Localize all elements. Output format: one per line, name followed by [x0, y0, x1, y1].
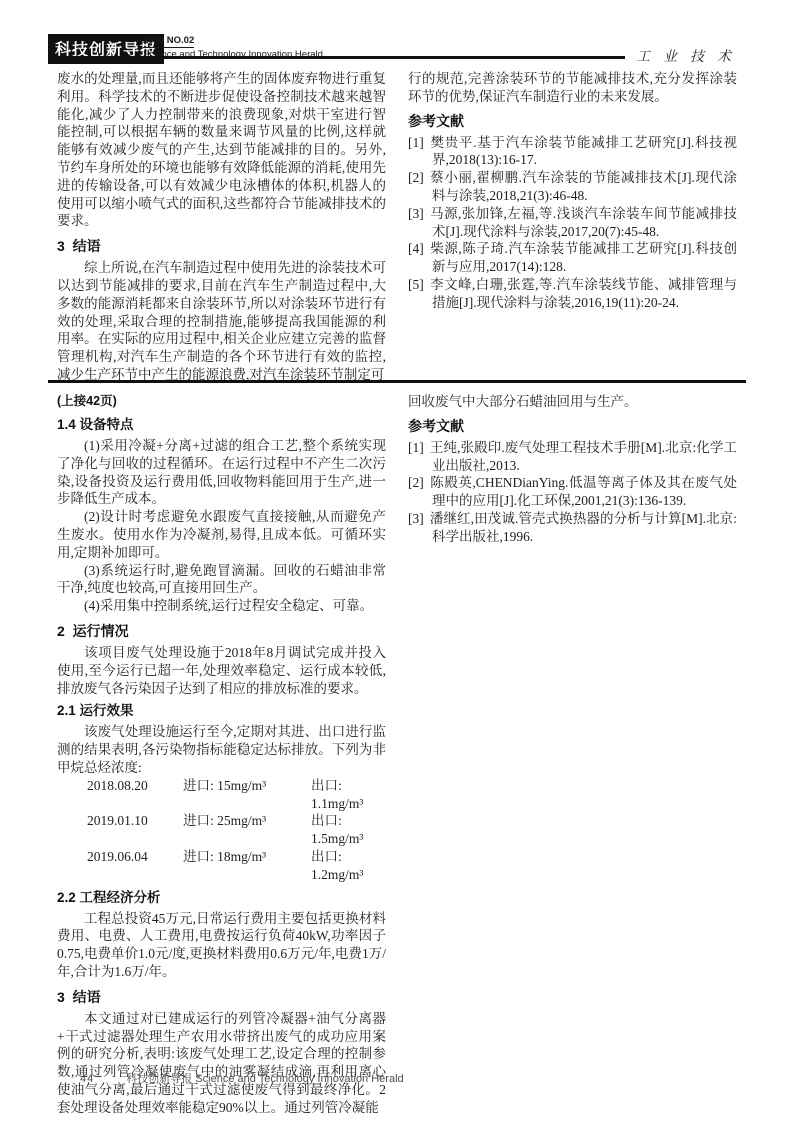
- measurement-inlet: 进口: 25mg/m³: [183, 812, 311, 848]
- measurement-row: 2019.01.10 进口: 25mg/m³ 出口: 1.5mg/m³: [57, 812, 386, 848]
- reference-text: 潘继红,田茂诚.管壳式换热器的分析与计算[M].北京:科学出版社,1996.: [430, 511, 737, 544]
- section-label: 工业技术: [636, 46, 744, 66]
- measurement-row: 2018.08.20 进口: 15mg/m³ 出口: 1.1mg/m³: [57, 777, 386, 813]
- reference-text: 樊贵平.基于汽车涂装节能减排工艺研究[J].科技视界,2018(13):16-1…: [430, 135, 737, 168]
- paragraph: (3)系统运行时,避免跑冒滴漏。回收的石蜡油非常干净,纯度也较高,可直接用回生产…: [57, 562, 386, 598]
- article-divider-rule: [48, 380, 746, 383]
- reference-marker: [1]: [408, 135, 424, 150]
- issue-number: 2020 NO.02: [143, 35, 194, 48]
- reference-marker: [2]: [408, 170, 424, 185]
- article2-columns: (上接42页) 1.4 设备特点 (1)采用冷凝+分离+过滤的组合工艺,整个系统…: [57, 393, 737, 1117]
- reference-marker: [3]: [408, 511, 424, 526]
- article2-right-column: 回收废气中大部分石蜡油回用与生产。 参考文献 [1]王纯,张殿印.废气处理工程技…: [408, 393, 737, 1117]
- reference-text: 陈殿英,CHENDianYing.低温等离子体及其在废气处理中的应用[J].化工…: [430, 475, 737, 508]
- measurement-outlet: 出口: 1.2mg/m³: [311, 848, 386, 884]
- paragraph: 工程总投资45万元,日常运行费用主要包括更换材料费用、电费、人工费用,电费按运行…: [57, 910, 386, 981]
- heading-references-1: 参考文献: [408, 112, 737, 130]
- heading-conclusion-1: 3 结语: [57, 237, 386, 255]
- reference-text: 李文峰,白珊,张霆,等.汽车涂装线节能、减排管理与措施[J].现代涂料与涂装,2…: [430, 277, 737, 310]
- reference-text: 王纯,张殿印.废气处理工程技术手册[M].北京:化学工业出版社,2013.: [430, 440, 737, 473]
- reference-marker: [1]: [408, 440, 424, 455]
- reference-item: [2]蔡小丽,翟柳鹏.汽车涂装的节能减排技术[J].现代涂料与涂装,2018,2…: [408, 169, 737, 205]
- heading-1-4: 1.4 设备特点: [57, 416, 386, 434]
- measurement-outlet: 出口: 1.1mg/m³: [311, 777, 386, 813]
- page-number: 44: [80, 1073, 94, 1085]
- paragraph: 行的规范,完善涂装环节的节能减排技术,充分发挥涂装环节的优势,保证汽车制造行业的…: [408, 70, 737, 106]
- article1-left-column: 废水的处理量,而且还能够将产生的固体废弃物进行重复利用。科学技术的不断进步促使设…: [57, 70, 386, 384]
- continued-from-note: (上接42页): [57, 393, 386, 410]
- reference-item: [3]马源,张加锋,左福,等.浅谈汽车涂装车间节能减排技术[J].现代涂料与涂装…: [408, 205, 737, 241]
- measurement-row: 2019.06.04 进口: 18mg/m³ 出口: 1.2mg/m³: [57, 848, 386, 884]
- reference-item: [1]王纯,张殿印.废气处理工程技术手册[M].北京:化学工业出版社,2013.: [408, 439, 737, 475]
- paragraph: 本文通过对已建成运行的列管冷凝器+油气分离器+干式过滤器处理生产农用水带挤出废气…: [57, 1010, 386, 1117]
- paragraph: 该废气处理设施运行至今,定期对其进、出口进行监测的结果表明,各污染物指标能稳定达…: [57, 723, 386, 776]
- measurement-date: 2019.06.04: [87, 848, 183, 884]
- paragraph: 回收废气中大部分石蜡油回用与生产。: [408, 393, 737, 411]
- reference-text: 蔡小丽,翟柳鹏.汽车涂装的节能减排技术[J].现代涂料与涂装,2018,21(3…: [430, 170, 737, 203]
- reference-marker: [2]: [408, 475, 424, 490]
- reference-marker: [4]: [408, 241, 424, 256]
- reference-marker: [5]: [408, 277, 424, 292]
- heading-3: 3 结语: [57, 988, 386, 1006]
- article1-right-column: 行的规范,完善涂装环节的节能减排技术,充分发挥涂装环节的优势,保证汽车制造行业的…: [408, 70, 737, 384]
- measurement-date: 2019.01.10: [87, 812, 183, 848]
- measurement-inlet: 进口: 18mg/m³: [183, 848, 311, 884]
- measurement-inlet: 进口: 15mg/m³: [183, 777, 311, 813]
- paragraph: 废水的处理量,而且还能够将产生的固体废弃物进行重复利用。科学技术的不断进步促使设…: [57, 70, 386, 230]
- paragraph: (2)设计时考虑避免水跟废气直接接触,从而避免产生废水。使用水作为冷凝剂,易得,…: [57, 508, 386, 561]
- measurement-outlet: 出口: 1.5mg/m³: [311, 812, 386, 848]
- paragraph: 该项目废气处理设施于2018年8月调试完成并投入使用,至今运行已超一年,处理效率…: [57, 644, 386, 697]
- reference-marker: [3]: [408, 206, 424, 221]
- paragraph: (1)采用冷凝+分离+过滤的组合工艺,整个系统实现了净化与回收的过程循环。在运行…: [57, 437, 386, 508]
- reference-text: 柴源,陈子琦.汽车涂装节能减排工艺研究[J].科技创新与应用,2017(14):…: [430, 241, 737, 274]
- paragraph: (4)采用集中控制系统,运行过程安全稳定、可靠。: [57, 597, 386, 615]
- page-footer: 44 科技创新导报 Science and Technology Innovat…: [80, 1070, 404, 1086]
- heading-2-1: 2.1 运行效果: [57, 702, 386, 720]
- reference-text: 马源,张加锋,左福,等.浅谈汽车涂装车间节能减排技术[J].现代涂料与涂装,20…: [430, 206, 737, 239]
- heading-references-2: 参考文献: [408, 417, 737, 435]
- journal-page: 科技创新导报 2020 NO.02 Science and Technology…: [0, 0, 794, 1123]
- reference-item: [5]李文峰,白珊,张霆,等.汽车涂装线节能、减排管理与措施[J].现代涂料与涂…: [408, 276, 737, 312]
- reference-item: [2]陈殿英,CHENDianYing.低温等离子体及其在废气处理中的应用[J]…: [408, 474, 737, 510]
- reference-item: [1]樊贵平.基于汽车涂装节能减排工艺研究[J].科技视界,2018(13):1…: [408, 134, 737, 170]
- heading-2-2: 2.2 工程经济分析: [57, 889, 386, 907]
- article1-columns: 废水的处理量,而且还能够将产生的固体废弃物进行重复利用。科学技术的不断进步促使设…: [57, 70, 737, 384]
- reference-item: [4]柴源,陈子琦.汽车涂装节能减排工艺研究[J].科技创新与应用,2017(1…: [408, 240, 737, 276]
- reference-item: [3]潘继红,田茂诚.管壳式换热器的分析与计算[M].北京:科学出版社,1996…: [408, 510, 737, 546]
- footer-journal-text: 科技创新导报 Science and Technology Innovation…: [126, 1070, 403, 1086]
- paragraph: 综上所说,在汽车制造过程中使用先进的涂装技术可以达到节能减排的要求,目前在汽车生…: [57, 259, 386, 384]
- measurement-date: 2018.08.20: [87, 777, 183, 813]
- heading-2: 2 运行情况: [57, 622, 386, 640]
- article2-left-column: (上接42页) 1.4 设备特点 (1)采用冷凝+分离+过滤的组合工艺,整个系统…: [57, 393, 386, 1117]
- page-header: 科技创新导报 2020 NO.02 Science and Technology…: [48, 33, 746, 63]
- header-rule: [48, 56, 625, 59]
